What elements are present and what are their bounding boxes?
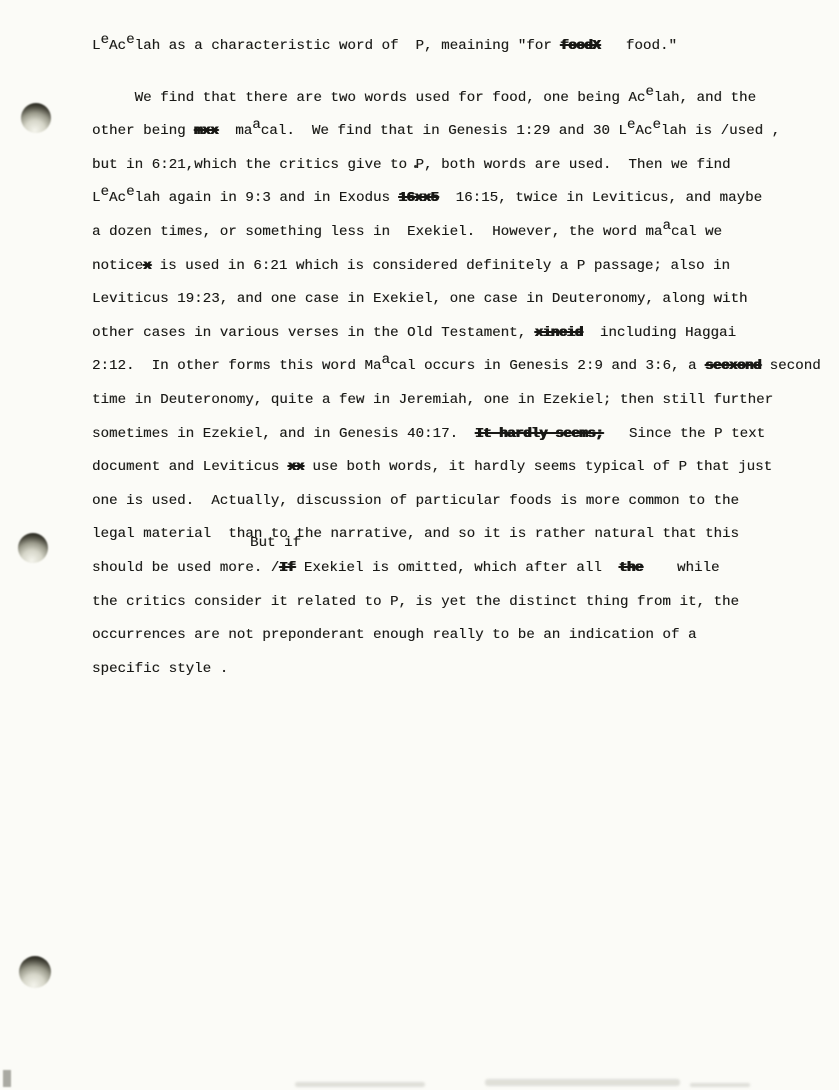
text-line: one is used. Actually, discussion of par… [92,485,832,519]
text-line: Leviticus 19:23, and one case in Exekiel… [92,283,832,317]
text-line: We find that there are two words used fo… [92,82,832,116]
text-line: other being mxx maacal. We find that in … [92,115,832,149]
hole-punch-bottom [19,956,51,988]
scanned-typewritten-page: { "document": { "type": "typewritten-man… [0,0,839,1090]
superscript-letter: e [645,76,654,110]
superscript-letter: e [652,109,661,143]
text-line: LeAcelah again in 9:3 and in Exodus 16xx… [92,182,832,216]
text-line: time in Deuteronomy, quite a few in Jere… [92,384,832,418]
bottom-smudge [690,1083,750,1087]
text-line: other cases in various verses in the Old… [92,317,832,351]
struck-out-text: the [619,560,643,576]
struck-out-text: xx [288,459,304,475]
struck-out-text: x [143,258,151,274]
text-line: the critics consider it related to P, is… [92,586,832,620]
struck-out-text: mxx [194,123,218,139]
superscript-letter: e [627,109,636,143]
bottom-smudge [485,1079,680,1086]
text-line: specific style . [92,653,832,687]
text-line: 2:12. In other forms this word Maacal oc… [92,350,832,384]
hole-punch-top [21,103,51,133]
text-line: sometimes in Ezekiel, and in Genesis 40:… [92,418,832,452]
superscript-letter: e [126,24,135,58]
struck-out-text: 16xx5 [399,190,439,206]
text-line: but in 6:21,which the critics give to P,… [92,149,832,183]
struck-out-text: foodX [560,38,600,54]
bottom-smudge [295,1082,425,1087]
hole-punch-middle [18,533,48,563]
text-line: But ifshould be used more. /If Exekiel i… [92,552,832,586]
superscript-letter: a [381,344,390,378]
text-line: legal material than to the narrative, an… [92,518,832,552]
left-edge-scan-mark [3,1070,11,1087]
text-line: a dozen times, or something less in Exek… [92,216,832,250]
text-line: LeAcelah as a characteristic word of P, … [92,30,832,64]
text-line: document and Leviticus xx use both words… [92,451,832,485]
superscript-letter: e [126,176,135,210]
text-line: noticex is used in 6:21 which is conside… [92,250,832,284]
struck-out-text: If [279,560,295,576]
typed-text: LeAcelah as a characteristic word of P, … [92,30,832,686]
struck-out-text: secxond [705,358,761,374]
superscript-letter: a [662,210,671,244]
interline-insertion: But if [250,535,301,551]
superscript-letter: e [101,176,110,210]
superscript-letter: a [252,109,261,143]
text-line: occurrences are not preponderant enough … [92,619,832,653]
struck-out-text: xincid [535,325,583,341]
struck-out-text: It-hardly-seems; [475,426,603,442]
superscript-letter: e [101,24,110,58]
